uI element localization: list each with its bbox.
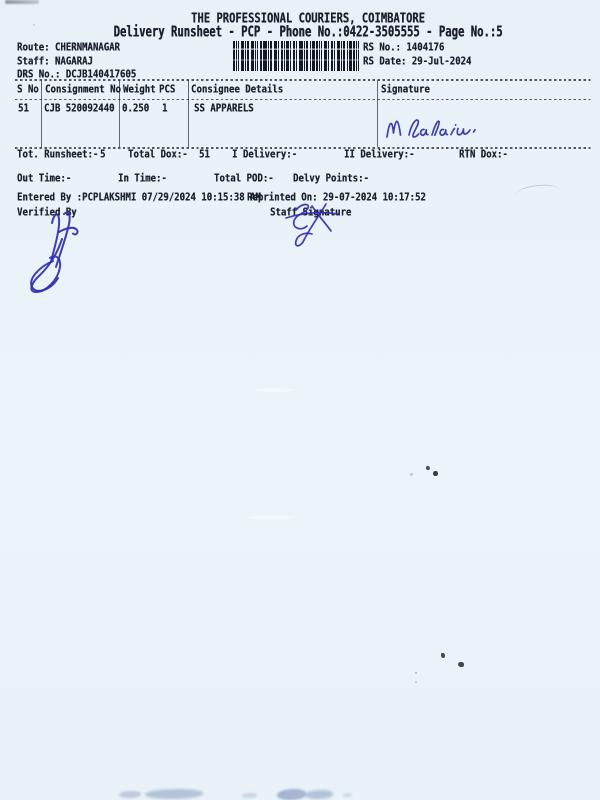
scan-smudge xyxy=(145,789,203,799)
scan-smudge xyxy=(277,789,306,800)
total-pod-label: Total POD:- xyxy=(214,173,274,185)
consignee-signature-icon xyxy=(380,106,485,146)
scan-smudge xyxy=(119,791,141,798)
scan-speck xyxy=(410,473,413,476)
in-time-label: In Time:- xyxy=(118,173,167,185)
i-delivery-label: I Delivery:- xyxy=(232,149,297,161)
rs-no-value: 1404176 xyxy=(406,42,444,54)
ii-delivery-label: II Delivery:- xyxy=(344,149,414,161)
row-sno: 51 xyxy=(18,103,29,115)
row-consignment: CJB 520092440 xyxy=(44,103,114,115)
scan-speck xyxy=(425,465,430,470)
total-dox-value: 51 xyxy=(199,149,210,161)
row-consignee: SS APPARELS xyxy=(194,103,254,115)
staff-label: Staff: xyxy=(17,56,50,68)
staff-value: NAGARAJ xyxy=(55,56,93,68)
col-header-signature: Signature xyxy=(381,84,430,96)
scan-speck xyxy=(433,471,438,476)
scan-speck xyxy=(415,681,417,683)
column-line xyxy=(188,80,189,147)
col-header-weight: Weight xyxy=(123,84,156,96)
rs-date-label: RS Date: xyxy=(363,56,406,68)
delivery-runsheet-page: THE PROFESSIONAL COURIERS, COIMBATORE De… xyxy=(0,0,600,800)
staff-signature-icon xyxy=(282,200,344,252)
divider-header xyxy=(15,99,591,101)
divider-top xyxy=(15,79,591,81)
column-line xyxy=(41,80,42,147)
scan-speck xyxy=(441,653,445,658)
scan-streak xyxy=(247,515,295,520)
verified-by-signature-icon xyxy=(22,209,102,297)
scan-smudge xyxy=(343,793,352,797)
rs-date-value: 29-Jul-2024 xyxy=(412,56,472,68)
scan-smudge xyxy=(5,0,39,4)
row-pcs: 1 xyxy=(162,103,167,115)
scan-smudge xyxy=(305,790,333,799)
delvy-points-label: Delvy Points:- xyxy=(293,173,369,185)
tot-runsheet-label: Tot. Runsheet:- xyxy=(17,149,98,161)
runsheet-subtitle: Delivery Runsheet - PCP - Phone No.:0422… xyxy=(16,24,600,41)
tot-runsheet-value: 5 xyxy=(100,149,105,161)
col-header-pcs: PCS xyxy=(159,84,175,96)
col-header-sno: S No xyxy=(17,84,39,96)
route-label: Route: xyxy=(17,42,50,54)
total-dox-label: Total Dox:- xyxy=(128,149,188,161)
row-weight: 0.250 xyxy=(122,103,149,115)
col-header-consignment: Consignment No xyxy=(45,84,121,96)
col-header-consignee: Consignee Details xyxy=(191,84,283,96)
scan-streak xyxy=(253,388,295,392)
rs-no-field: RS No.:1404176 xyxy=(363,42,444,54)
scan-speck xyxy=(458,662,464,667)
out-time-label: Out Time:- xyxy=(17,173,71,185)
barcode-icon xyxy=(233,41,359,71)
rtn-dox-label: RTN Dox:- xyxy=(459,149,508,161)
scan-smudge xyxy=(242,793,257,798)
rs-no-label: RS No.: xyxy=(363,42,401,54)
staff-field: Staff:NAGARAJ xyxy=(17,56,93,68)
scan-speck xyxy=(415,672,417,674)
route-value: CHERNMANAGAR xyxy=(55,42,120,54)
scan-arc xyxy=(515,183,560,203)
entered-by-text: Entered By :PCPLAKSHMI 07/29/2024 10:15:… xyxy=(17,192,261,204)
route-field: Route:CHERNMANAGAR xyxy=(17,42,120,54)
column-line xyxy=(377,80,378,147)
rs-date-field: RS Date:29-Jul-2024 xyxy=(363,56,471,68)
